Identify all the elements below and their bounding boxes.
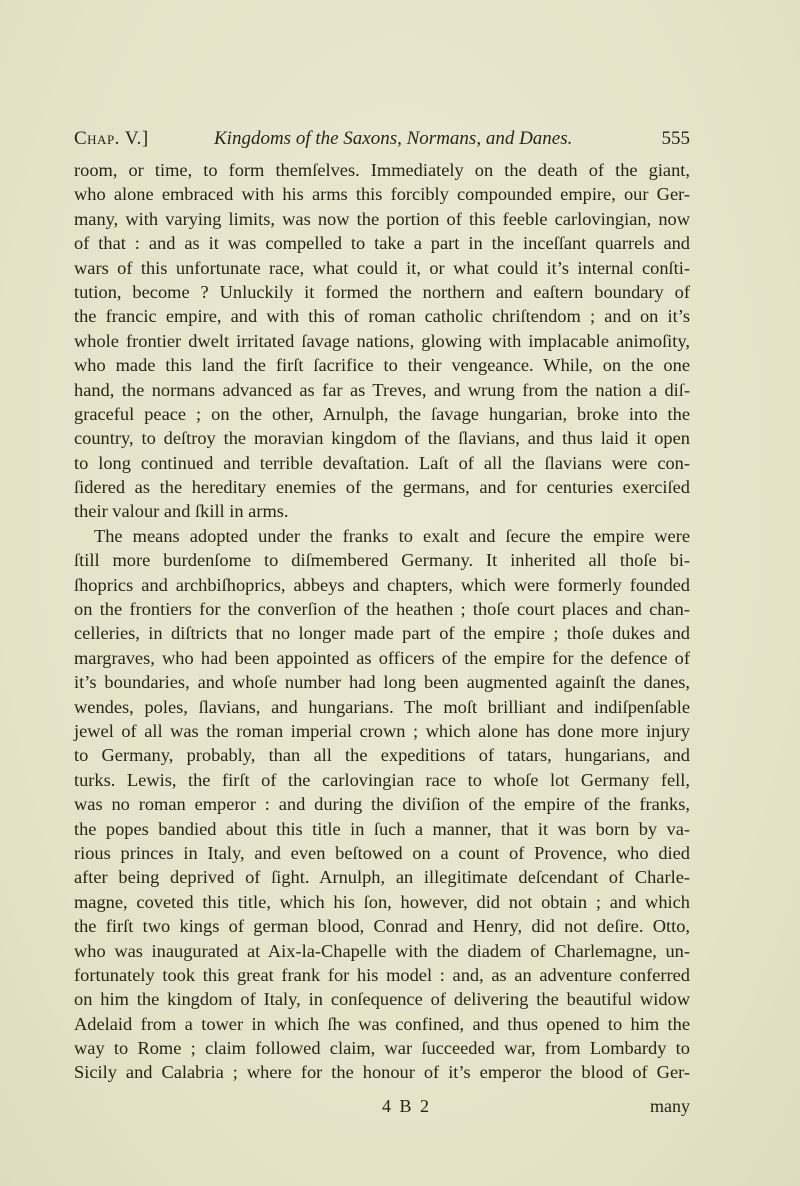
text-line: way to Rome ; claim followed claim, war … [74,1036,690,1060]
text-line: was no roman emperor : and during the di… [74,792,690,816]
page-footer: 4 B 2 many [74,1096,690,1122]
text-line: wendes, poles, ſlavians, and hungarians.… [74,695,690,719]
text-line: room, or time, to form themſelves. Immed… [74,158,690,182]
text-line: magne, coveted this title, which his ſon… [74,890,690,914]
catchword: many [650,1096,690,1117]
text-line: Sicily and Calabria ; where for the hono… [74,1060,690,1084]
text-line: the popes bandied about this title in ſu… [74,817,690,841]
chapter-label: Chap. V.] [74,128,149,150]
text-line: Adelaid from a tower in which ſhe was co… [74,1012,690,1036]
text-line: rious princes in Italy, and even beſtowe… [74,841,690,865]
text-line: to Germany, probably, than all the exped… [74,743,690,767]
text-line: wars of this unfortunate race, what coul… [74,256,690,280]
text-line: the firſt two kings of german blood, Con… [74,914,690,938]
page-number: 555 [662,128,691,150]
text-line: ſhoprics and archbiſhoprics, abbeys and … [74,573,690,597]
text-line: celleries, in diſtricts that no longer m… [74,621,690,645]
text-line: ſtill more burdenſome to diſmembered Ger… [74,548,690,572]
text-line: on the frontiers for the converſion of t… [74,597,690,621]
paragraph-1: room, or time, to form themſelves. Immed… [74,158,690,524]
text-line: their valour and ſkill in arms. [74,499,690,523]
text-line: turks. Lewis, the firſt of the carloving… [74,768,690,792]
text-line: whole frontier dwelt irritated ſavage na… [74,329,690,353]
text-line: margraves, who had been appointed as off… [74,646,690,670]
text-line: who was inaugurated at Aix-la-Chapelle w… [74,939,690,963]
text-line: to long continued and terrible devaſtati… [74,451,690,475]
text-line: after being deprived of ſight. Arnulph, … [74,865,690,889]
text-line: of that : and as it was compelled to tak… [74,231,690,255]
text-line: tution, become ? Unluckily it formed the… [74,280,690,304]
text-line: graceful peace ; on the other, Arnulph, … [74,402,690,426]
text-line: who alone embraced with his arms this fo… [74,182,690,206]
body-text: room, or time, to form themſelves. Immed… [74,158,690,1085]
text-line: it’s boundaries, and whoſe number had lo… [74,670,690,694]
text-line: on him the kingdom of Italy, in conſeque… [74,987,690,1011]
book-page: Chap. V.] Kingdoms of the Saxons, Norman… [0,0,800,1186]
text-line: The means adopted under the franks to ex… [74,524,690,548]
text-line: ſidered as the hereditary enemies of the… [74,475,690,499]
text-line: the francic empire, and with this of rom… [74,304,690,328]
text-line: who made this land the firſt ſacrifice t… [74,353,690,377]
running-head: Chap. V.] Kingdoms of the Saxons, Norman… [74,128,690,158]
text-line: country, to deſtroy the moravian kingdom… [74,426,690,450]
text-line: hand, the normans advanced as far as Tre… [74,378,690,402]
text-line: many, with varying limits, was now the p… [74,207,690,231]
paragraph-2: The means adopted under the franks to ex… [74,524,690,1085]
text-line: fortunately took this great frank for hi… [74,963,690,987]
running-title: Kingdoms of the Saxons, Normans, and Dan… [214,128,572,150]
signature-mark: 4 B 2 [382,1096,431,1117]
text-line: jewel of all was the roman imperial crow… [74,719,690,743]
